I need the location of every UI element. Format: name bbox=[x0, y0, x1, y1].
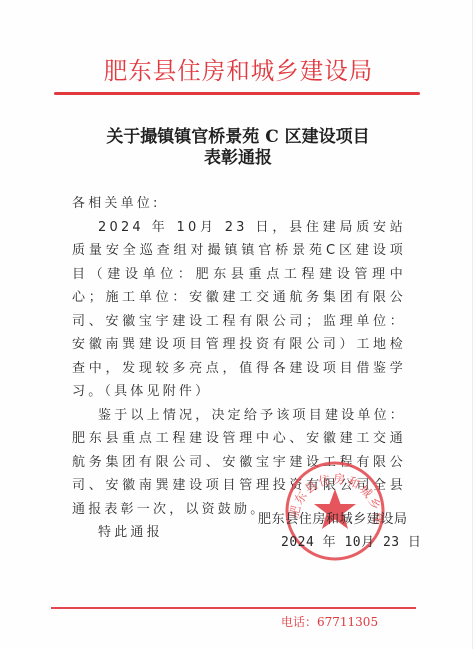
document-title-line-1: 关于撮镇镇官桥景苑 C 区建设项目 bbox=[0, 127, 476, 148]
salutation: 各相关单位: bbox=[72, 192, 406, 216]
footer-phone: 电话：67711305 bbox=[281, 614, 378, 630]
body-paragraph-1: 2024 年 10月 23 日，县住建局质安站质量安全巡查组对撮镇镇官桥景苑C区… bbox=[72, 216, 406, 404]
letterhead-agency-name: 肥东县住房和城乡建设局 bbox=[0, 56, 476, 86]
document-title-line-2: 表彰通报 bbox=[0, 148, 476, 169]
letterhead-red-rule bbox=[54, 92, 420, 95]
signature-issuer: 肥东县住房和城乡建设局 bbox=[258, 510, 408, 530]
signature-date: 2024 年 10月 23 日 bbox=[281, 533, 421, 553]
document-title: 关于撮镇镇官桥景苑 C 区建设项目 表彰通报 bbox=[0, 127, 476, 169]
page-edge-line bbox=[472, 0, 473, 649]
letterhead-agency-name-text: 肥东县住房和城乡建设局 bbox=[103, 56, 373, 86]
footer-red-rule bbox=[51, 607, 416, 609]
